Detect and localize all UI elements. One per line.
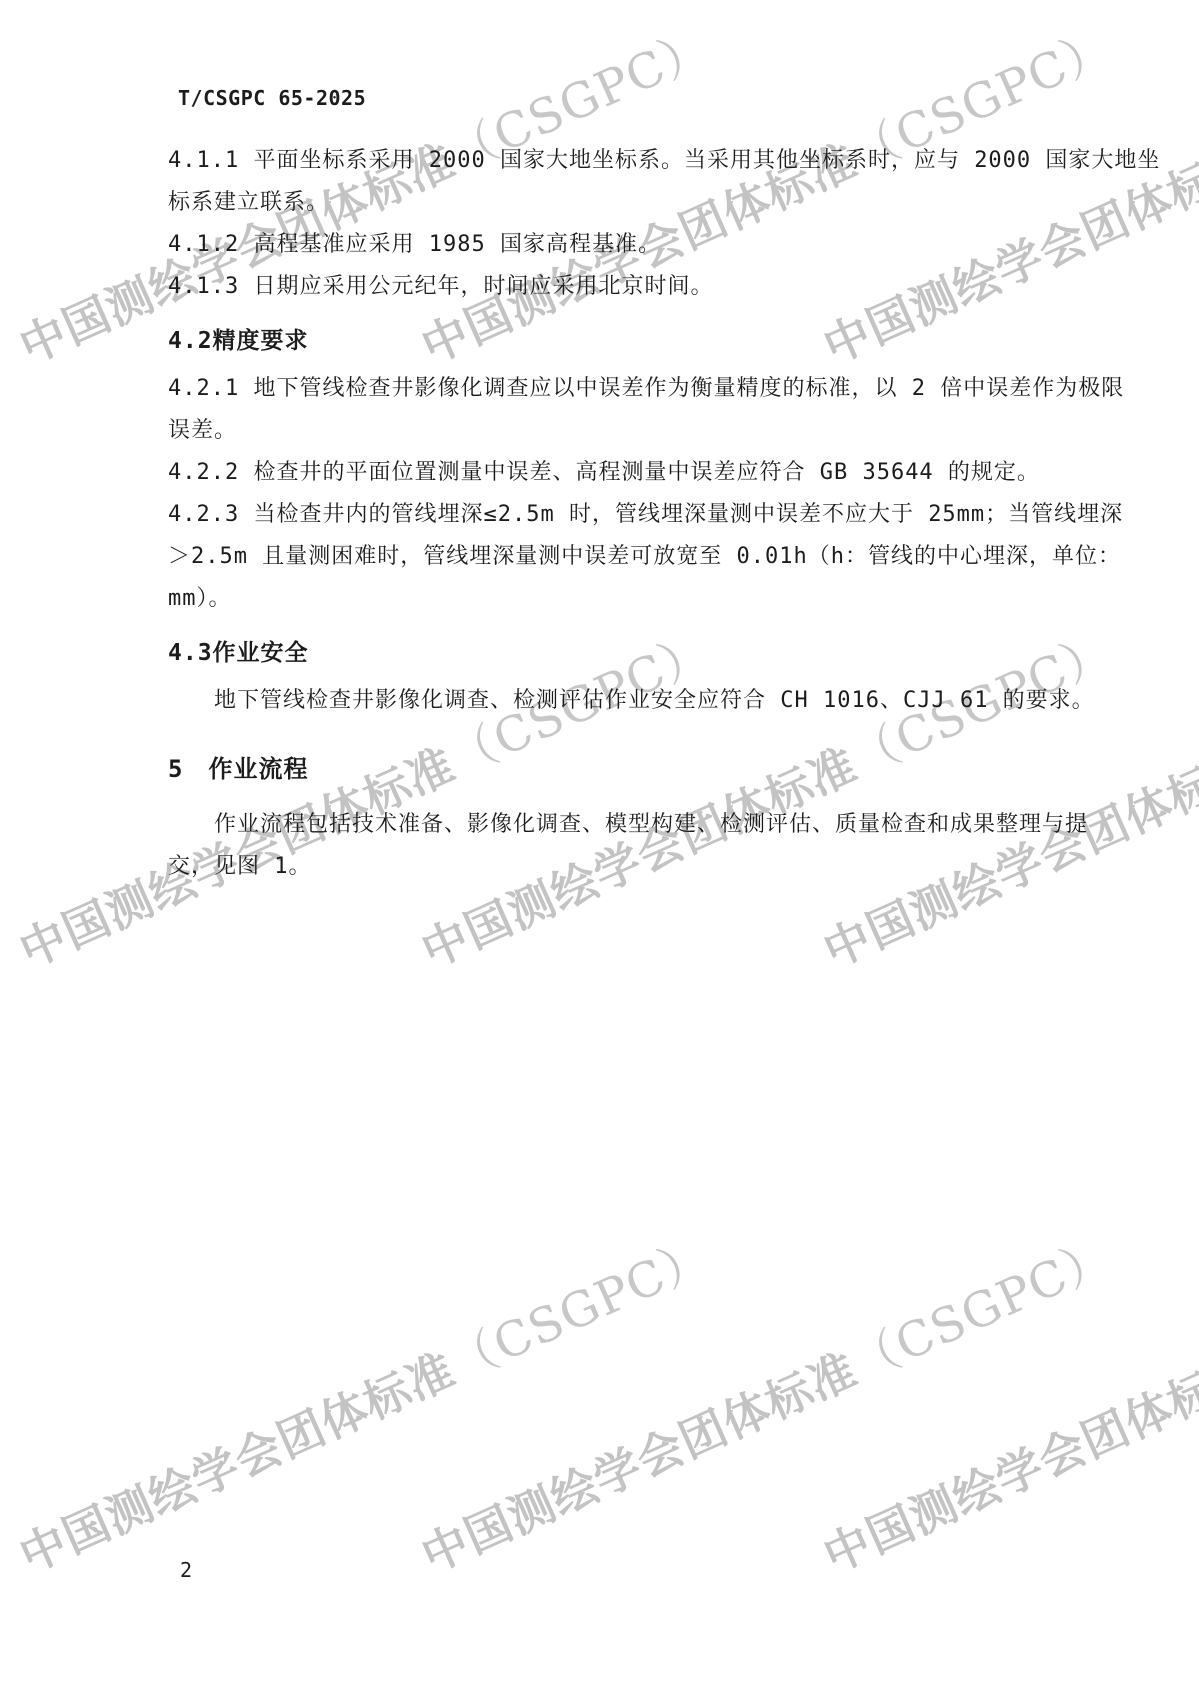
document-page: 中国测绘学会团体标准（CSGPC）中国测绘学会团体标准（CSGPC）中国测绘学会… — [0, 0, 1199, 1696]
document-body: 4.1.1 平面坐标系采用 2000 国家大地坐标系。当采用其他坐标系时，应与 … — [168, 140, 1032, 888]
paragraph: 地下管线检查井影像化调查、检测评估作业安全应符合 CH 1016、CJJ 61 … — [168, 680, 1032, 722]
text-line: 标系建立联系。 — [168, 182, 1032, 224]
text-line: 4.2.3 当检查井内的管线埋深≤2.5m 时，管线埋深量测中误差不应大于 25… — [168, 494, 1032, 536]
text-line: 4.1.2 高程基准应采用 1985 国家高程基准。 — [168, 224, 1032, 266]
section-heading: 4.3作业安全 — [168, 632, 1032, 674]
paragraph: 4.1.1 平面坐标系采用 2000 国家大地坐标系。当采用其他坐标系时，应与 … — [168, 140, 1032, 224]
section-heading: 5 作业流程 — [168, 746, 1032, 792]
text-line: ＞2.5m 且量测困难时，管线埋深量测中误差可放宽至 0.01h（h：管线的中心… — [168, 536, 1032, 578]
section-heading: 4.2精度要求 — [168, 320, 1032, 362]
text-line: 4.2.2 检查井的平面位置测量中误差、高程测量中误差应符合 GB 35644 … — [168, 452, 1032, 494]
text-line: 误差。 — [168, 410, 1032, 452]
text-line: 4.2.1 地下管线检查井影像化调查应以中误差作为衡量精度的标准，以 2 倍中误… — [168, 368, 1032, 410]
page-number: 2 — [180, 1558, 192, 1582]
paragraph: 4.2.2 检查井的平面位置测量中误差、高程测量中误差应符合 GB 35644 … — [168, 452, 1032, 494]
paragraph: 作业流程包括技术准备、影像化调查、模型构建、检测评估、质量检查和成果整理与提交，… — [168, 804, 1032, 888]
document-number-header: T/CSGPC 65-2025 — [178, 86, 366, 110]
text-line: 5 作业流程 — [168, 746, 1032, 792]
text-line: 4.1.1 平面坐标系采用 2000 国家大地坐标系。当采用其他坐标系时，应与 … — [168, 140, 1032, 182]
text-line: 交，见图 1。 — [168, 846, 1032, 888]
paragraph: 4.1.3 日期应采用公元纪年，时间应采用北京时间。 — [168, 266, 1032, 308]
text-line: 4.2精度要求 — [168, 320, 1032, 362]
text-line: 4.3作业安全 — [168, 632, 1032, 674]
paragraph: 4.2.1 地下管线检查井影像化调查应以中误差作为衡量精度的标准，以 2 倍中误… — [168, 368, 1032, 452]
text-line: 作业流程包括技术准备、影像化调查、模型构建、检测评估、质量检查和成果整理与提 — [168, 804, 1032, 846]
text-line: 地下管线检查井影像化调查、检测评估作业安全应符合 CH 1016、CJJ 61 … — [168, 680, 1032, 722]
text-line: 4.1.3 日期应采用公元纪年，时间应采用北京时间。 — [168, 266, 1032, 308]
text-line: mm）。 — [168, 578, 1032, 620]
paragraph: 4.2.3 当检查井内的管线埋深≤2.5m 时，管线埋深量测中误差不应大于 25… — [168, 494, 1032, 620]
document-layer: T/CSGPC 65-2025 4.1.1 平面坐标系采用 2000 国家大地坐… — [0, 0, 1199, 1696]
paragraph: 4.1.2 高程基准应采用 1985 国家高程基准。 — [168, 224, 1032, 266]
